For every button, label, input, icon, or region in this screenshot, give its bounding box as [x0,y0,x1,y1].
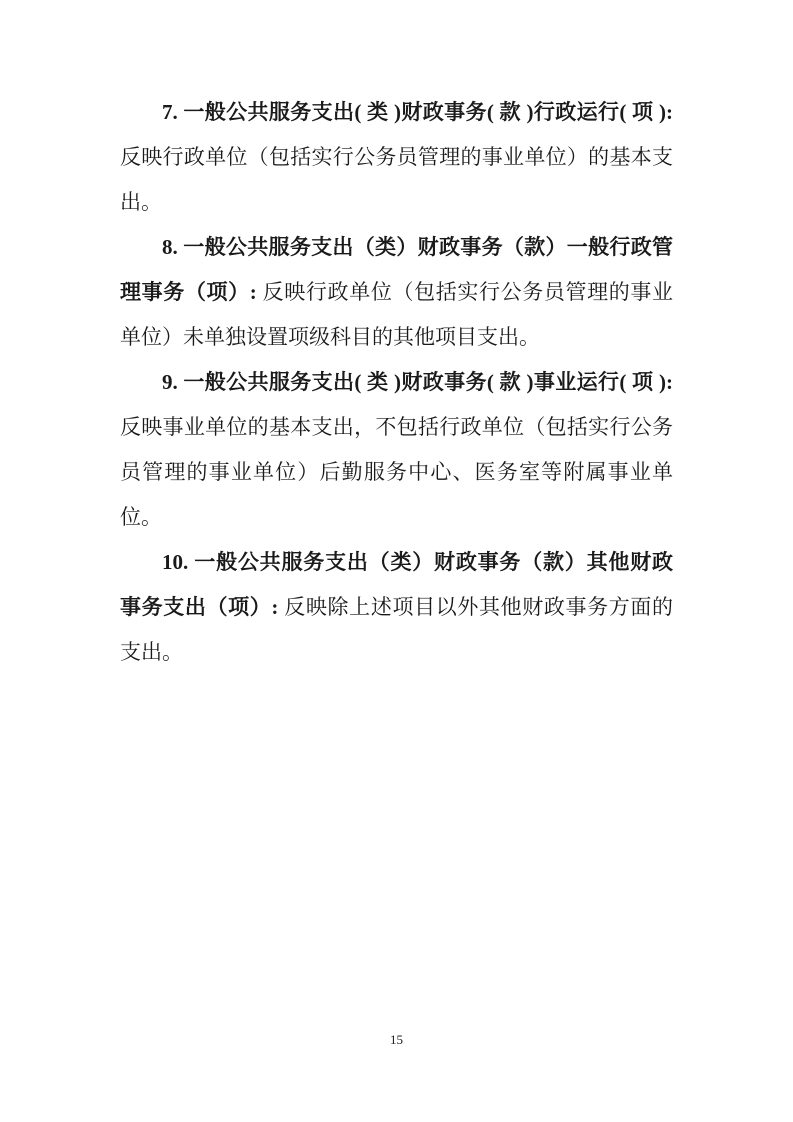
paragraph-item-8: 8. 一般公共服务支出（类）财政事务（款）一般行政管理事务（项）: 反映行政单位… [120,225,673,360]
paragraph-item-7: 7. 一般公共服务支出( 类 )财政事务( 款 )行政运行( 项 ): 反映行政… [120,90,673,225]
page-content: 7. 一般公共服务支出( 类 )财政事务( 款 )行政运行( 项 ): 反映行政… [120,90,673,675]
paragraph-item-10: 10. 一般公共服务支出（类）财政事务（款）其他财政事务支出（项）: 反映除上述… [120,540,673,675]
document-page: 7. 一般公共服务支出( 类 )财政事务( 款 )行政运行( 项 ): 反映行政… [0,0,793,1122]
paragraph-9-body: 反映事业单位的基本支出，不包括行政单位（包括实行公务员管理的事业单位）后勤服务中… [120,415,673,529]
paragraph-item-9: 9. 一般公共服务支出( 类 )财政事务( 款 )事业运行( 项 ): 反映事业… [120,360,673,540]
paragraph-7-heading: 7. 一般公共服务支出( 类 )财政事务( 款 )行政运行( 项 ): [162,100,673,124]
paragraph-9-heading: 9. 一般公共服务支出( 类 )财政事务( 款 )事业运行( 项 ): [162,370,673,394]
page-number: 15 [0,1032,793,1048]
paragraph-7-body: 反映行政单位（包括实行公务员管理的事业单位）的基本支出。 [120,145,673,214]
